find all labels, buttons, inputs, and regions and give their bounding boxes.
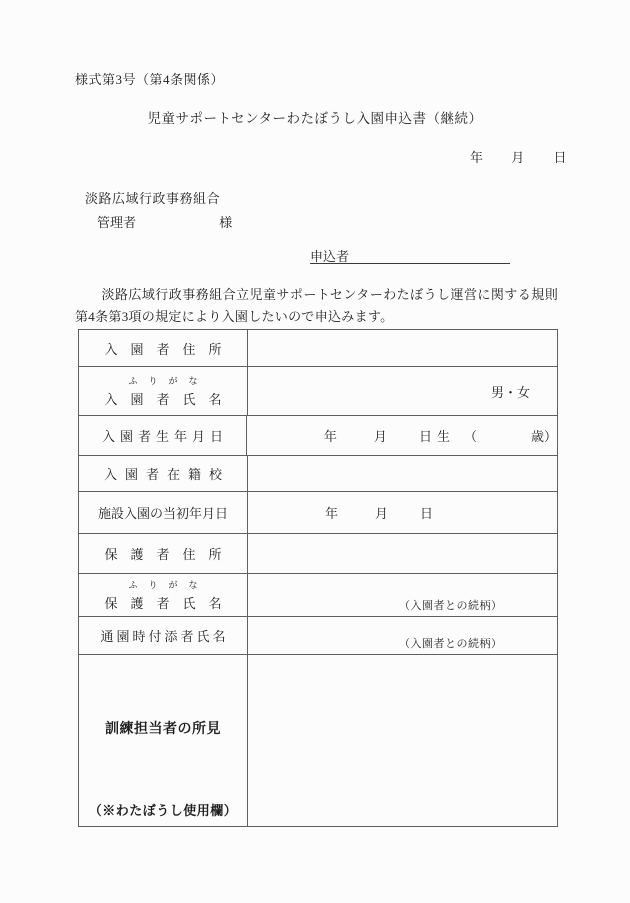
relation-note: （入園者との続柄） — [399, 597, 503, 613]
row-escort-name: 通園時付添者氏名 （入園者との続柄） — [79, 617, 557, 655]
trainer-observations-field — [248, 655, 557, 826]
form-number: 様式第3号（第4条関係） — [75, 69, 224, 88]
row-trainer-observations: 訓練担当者の所見 （※わたぼうし使用欄） — [79, 655, 557, 826]
year-unit: 年 — [325, 503, 338, 522]
admission-date-field: 年 月 日 — [248, 492, 557, 533]
applicant-name-field: 男・女 — [248, 367, 557, 415]
month-unit: 月 — [375, 503, 388, 522]
row-label: ふりがな 入園者氏名 — [79, 367, 248, 415]
trainer-observations-label: 訓練担当者の所見 — [105, 655, 221, 800]
row-label: 施設入園の当初年月日 — [79, 492, 248, 533]
date-day-label: 日 — [554, 150, 567, 165]
addressee-role: 管理者 — [97, 215, 136, 230]
addressee-honorific: 様 — [219, 215, 232, 230]
gender-options: 男・女 — [491, 382, 530, 401]
form-title: 児童サポートセンターわたぼうし入園申込書（継続） — [0, 107, 630, 127]
day-unit: 日 — [419, 426, 432, 445]
row-applicant-birthdate: 入園者生年月日 年 月 日 生 （ 歳） — [79, 416, 557, 456]
row-applicant-address: 入園者住所 — [79, 330, 557, 367]
date-line: 年 月 日 — [470, 147, 567, 166]
row-label: 通園時付添者氏名 — [79, 617, 248, 654]
date-year-label: 年 — [470, 150, 483, 165]
row-label: 入園者住所 — [79, 330, 248, 366]
row-initial-admission-date: 施設入園の当初年月日 年 月 日 — [79, 492, 557, 534]
applicant-address-field — [248, 330, 557, 366]
row-label: 入園者在籍校 — [79, 456, 248, 491]
addressee-line: 管理者 様 — [97, 212, 232, 231]
furigana-label: ふりがな — [117, 578, 208, 591]
row-guardian-address: 保護者住所 — [79, 534, 557, 574]
relation-note: （入園者との続柄） — [399, 635, 503, 651]
day-unit: 日 — [420, 503, 433, 522]
school-field — [248, 456, 557, 491]
row-applicant-name: ふりがな 入園者氏名 男・女 — [79, 367, 557, 416]
form-document: 様式第3号（第4条関係） 児童サポートセンターわたぼうし入園申込書（継続） 年 … — [0, 0, 630, 903]
intro-paragraph: 淡路広域行政事務組合立児童サポートセンターわたぼうし運営に関する規則第4条第3項… — [75, 284, 558, 328]
date-month-label: 月 — [511, 150, 524, 165]
age-unit: 歳） — [531, 426, 557, 445]
office-use-note: （※わたぼうし使用欄） — [89, 800, 238, 826]
applicant-signature-line: 申込者 — [310, 246, 510, 264]
born-unit: 生 — [437, 426, 450, 445]
age-paren-open: （ — [464, 426, 477, 445]
guardian-address-field — [248, 534, 557, 573]
row-label: ふりがな 保護者氏名 — [79, 574, 248, 616]
escort-name-field: （入園者との続柄） — [248, 617, 557, 654]
year-unit: 年 — [324, 426, 337, 445]
guardian-name-field: （入園者との続柄） — [248, 574, 557, 616]
addressee-organization: 淡路広域行政事務組合 — [85, 188, 220, 207]
application-table: 入園者住所 ふりがな 入園者氏名 男・女 入園者生年月日 年 月 日 生 （ — [78, 329, 558, 827]
furigana-label: ふりがな — [117, 374, 208, 387]
month-unit: 月 — [374, 426, 387, 445]
row-guardian-name: ふりがな 保護者氏名 （入園者との続柄） — [79, 574, 557, 617]
row-label: 訓練担当者の所見 （※わたぼうし使用欄） — [79, 655, 248, 826]
birthdate-field: 年 月 日 生 （ 歳） — [247, 416, 557, 455]
row-label: 入園者生年月日 — [79, 416, 247, 455]
row-applicant-school: 入園者在籍校 — [79, 456, 557, 492]
applicant-label: 申込者 — [310, 249, 349, 264]
row-label: 保護者住所 — [79, 534, 248, 573]
